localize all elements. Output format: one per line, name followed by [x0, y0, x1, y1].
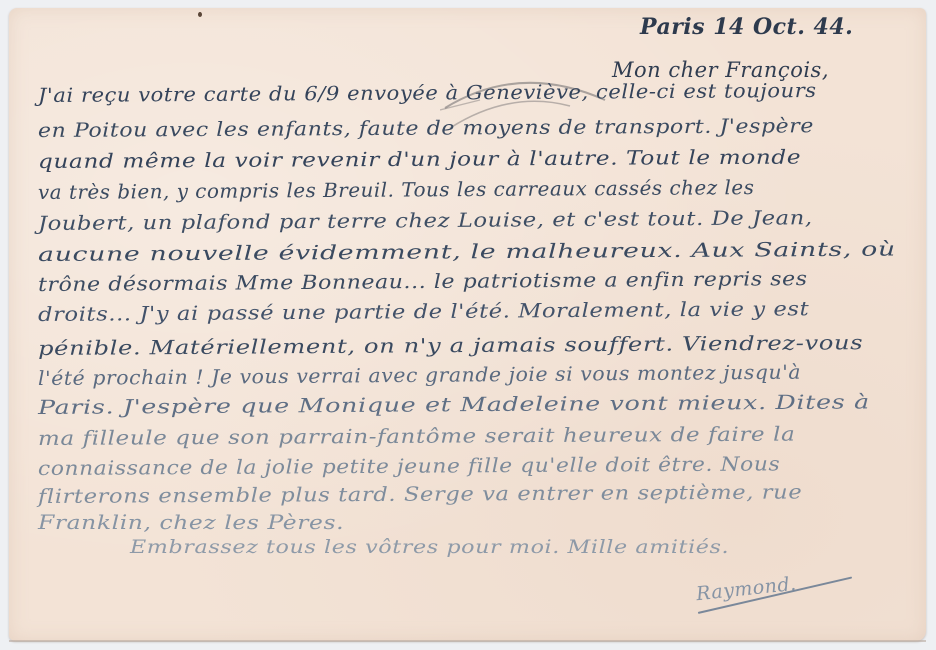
postcard-edge: [9, 640, 926, 642]
letter-line: en Poitou avec les enfants, faute de moy…: [38, 114, 814, 142]
letter-line: Franklin, chez les Pères.: [38, 511, 344, 534]
letter-line: quand même la voir revenir d'un jour à l…: [38, 146, 801, 173]
letter-line: connaissance de la jolie petite jeune fi…: [38, 452, 780, 480]
letter-line: flirterons ensemble plus tard. Serge va …: [38, 480, 802, 508]
letter-dateline: Paris 14 Oct. 44.: [640, 14, 853, 40]
paper-speck: [198, 12, 202, 17]
letter-line: ma filleule que son parrain-fantôme sera…: [38, 423, 796, 450]
letter-line: va très bien, y compris les Breuil. Tous…: [38, 176, 755, 204]
letter-signoff: Embrassez tous les vôtres pour moi. Mill…: [130, 536, 729, 558]
